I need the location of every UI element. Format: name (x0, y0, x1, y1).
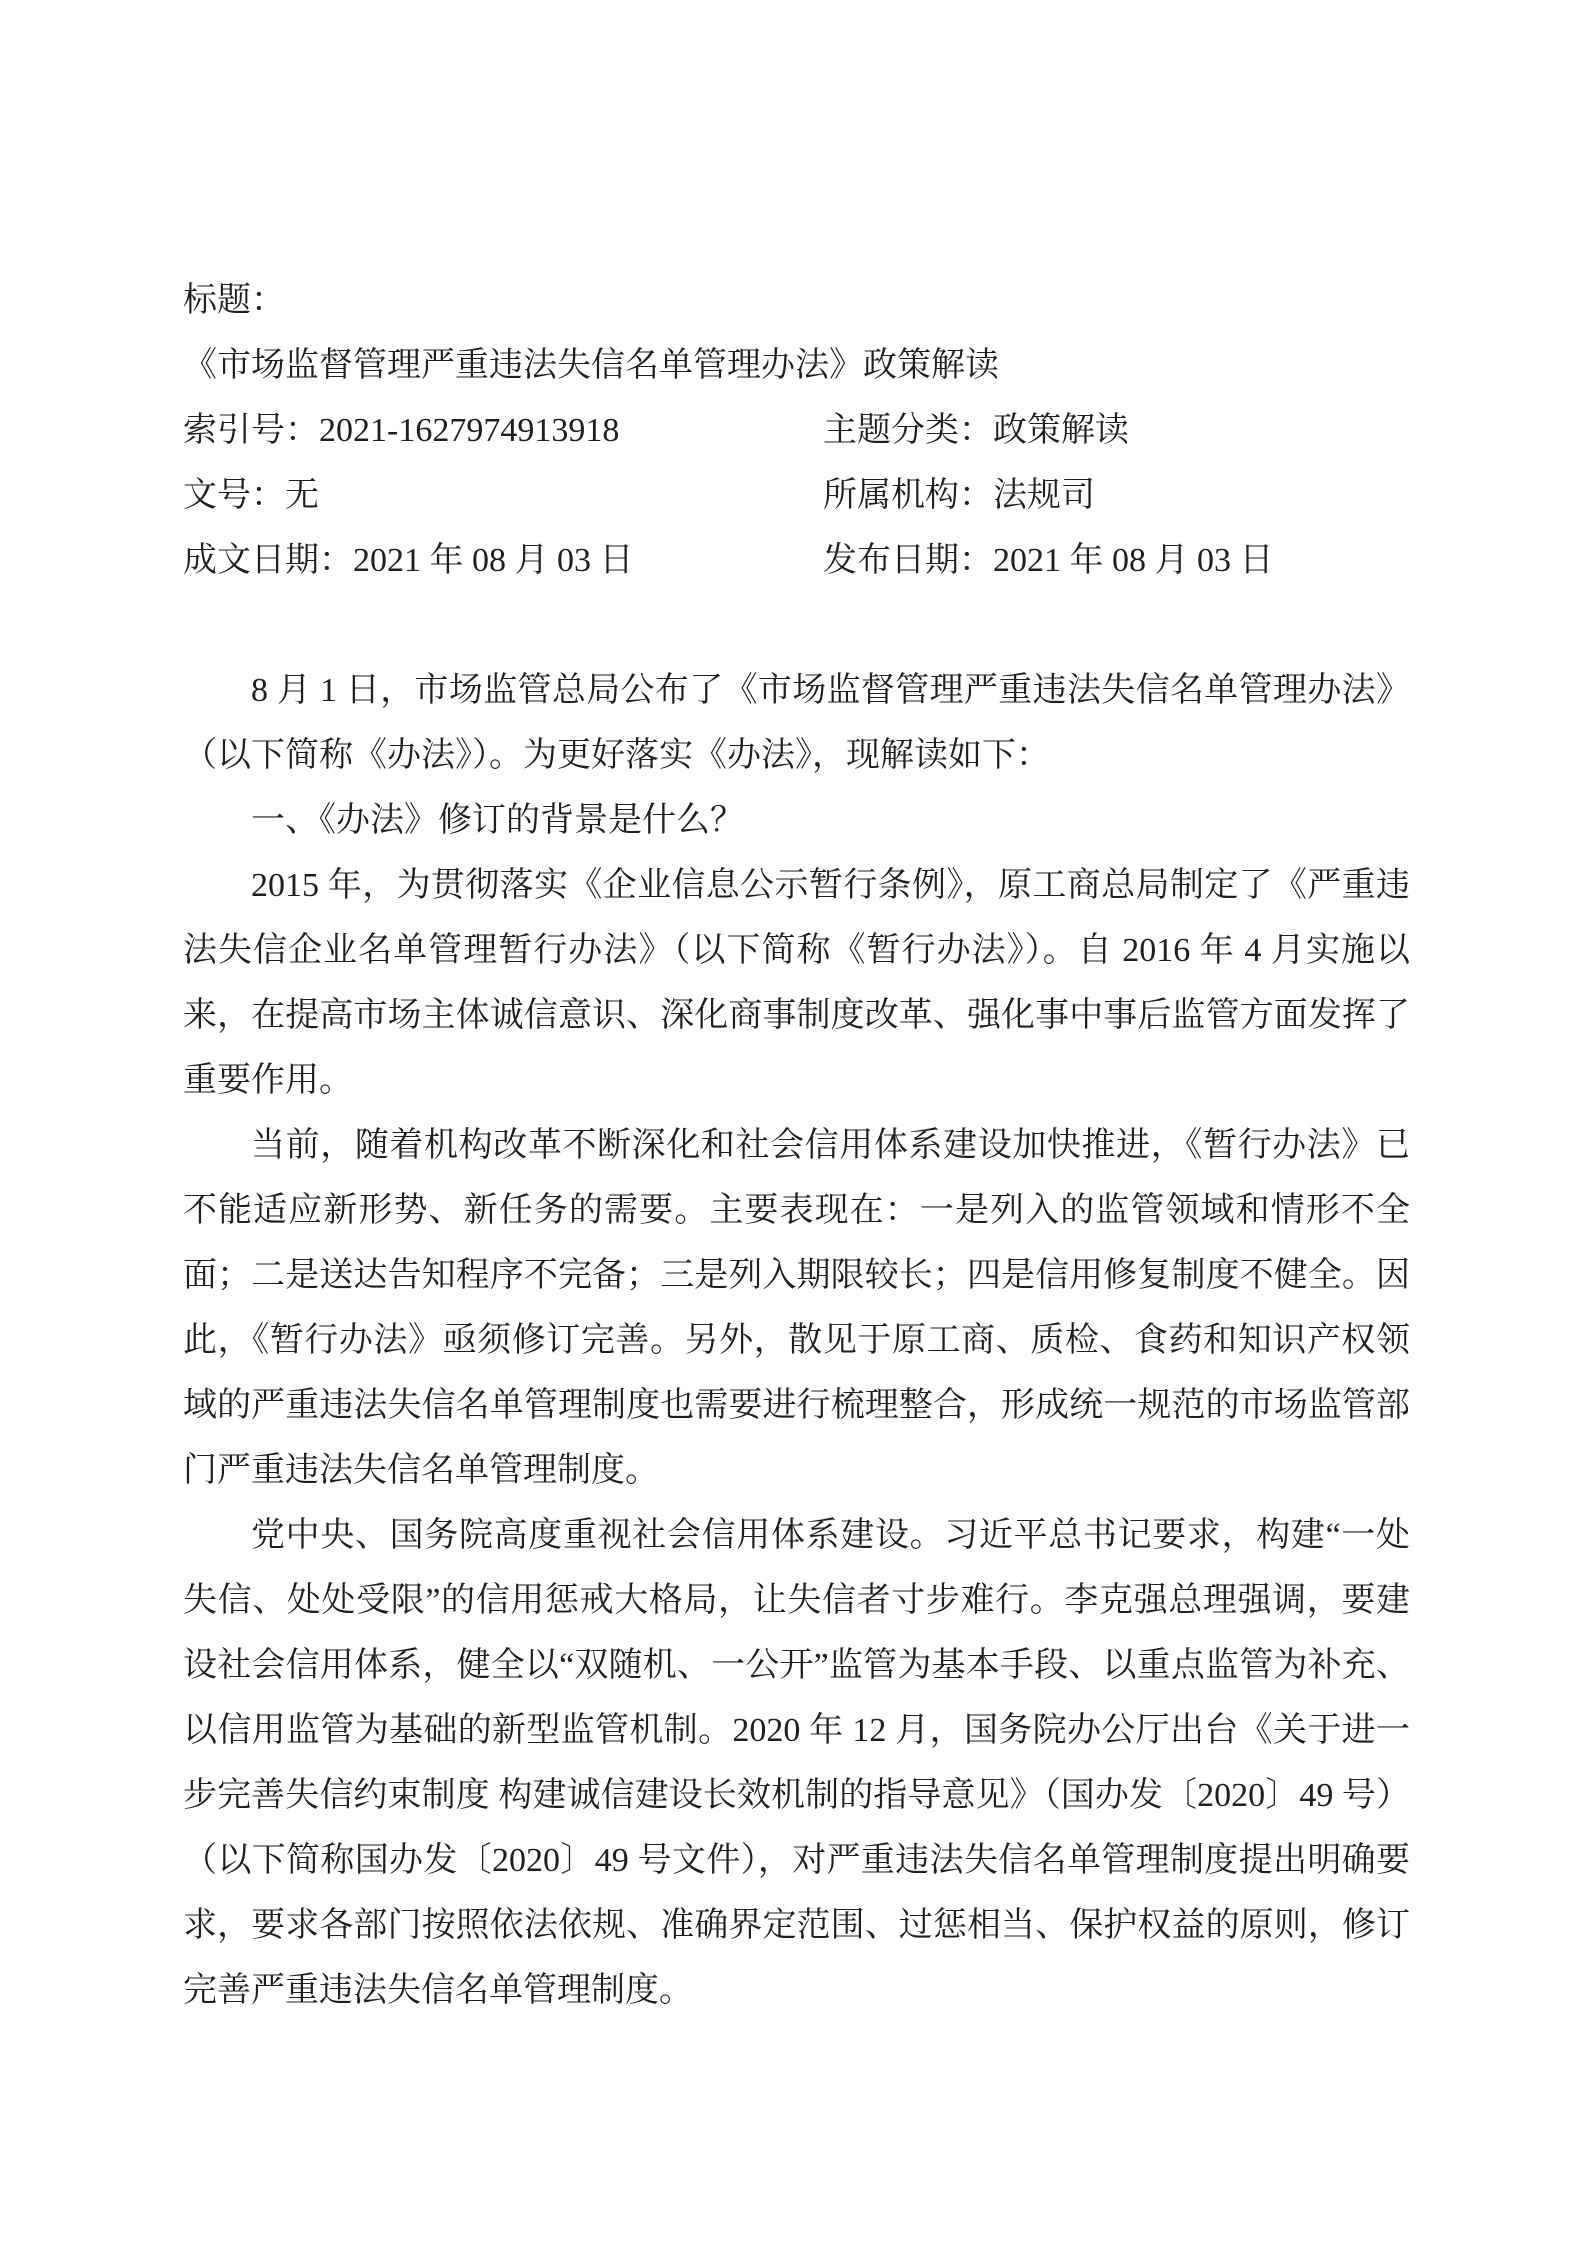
meta-issuing-agency-label: 所属机构： (823, 477, 993, 514)
meta-doc-number: 文号：无 (183, 463, 823, 528)
meta-index-number-value: 2021-1627974913918 (319, 412, 619, 449)
document-content: 标题： 《市场监督管理严重违法失信名单管理办法》政策解读 索引号：2021-16… (183, 268, 1410, 2023)
meta-written-date: 成文日期：2021 年 08 月 03 日 (183, 528, 823, 593)
meta-publish-date-label: 发布日期： (823, 542, 993, 579)
metadata-row-dates: 成文日期：2021 年 08 月 03 日 发布日期：2021 年 08 月 0… (183, 528, 1410, 593)
section-heading-1: 一、《办法》修订的背景是什么？ (183, 788, 1410, 853)
document-title: 《市场监督管理严重违法失信名单管理办法》政策解读 (183, 333, 1410, 398)
meta-index-number: 索引号：2021-1627974913918 (183, 398, 823, 463)
meta-publish-date-value: 2021 年 08 月 03 日 (993, 542, 1274, 579)
paragraph-central-government: 党中央、国务院高度重视社会信用体系建设。习近平总书记要求，构建“一处失信、处处受… (183, 1503, 1410, 2023)
metadata-row-index: 索引号：2021-1627974913918 主题分类：政策解读 (183, 398, 1410, 463)
paragraph-intro: 8 月 1 日，市场监管总局公布了《市场监督管理严重违法失信名单管理办法》（以下… (183, 658, 1410, 788)
meta-index-number-label: 索引号： (183, 412, 319, 449)
meta-issuing-agency-value: 法规司 (993, 477, 1095, 514)
meta-written-date-label: 成文日期： (183, 542, 353, 579)
title-label: 标题： (183, 268, 1410, 333)
meta-issuing-agency: 所属机构：法规司 (823, 463, 1410, 528)
body-text: 8 月 1 日，市场监管总局公布了《市场监督管理严重违法失信名单管理办法》（以下… (183, 658, 1410, 2023)
metadata-table: 索引号：2021-1627974913918 主题分类：政策解读 文号：无 所属… (183, 398, 1410, 593)
document-page: 标题： 《市场监督管理严重违法失信名单管理办法》政策解读 索引号：2021-16… (0, 0, 1587, 2245)
meta-topic-category-value: 政策解读 (993, 412, 1129, 449)
paragraph-background-2015: 2015 年，为贯彻落实《企业信息公示暂行条例》，原工商总局制定了《严重违法失信… (183, 853, 1410, 1113)
meta-topic-category: 主题分类：政策解读 (823, 398, 1410, 463)
paragraph-current-problems: 当前，随着机构改革不断深化和社会信用体系建设加快推进，《暂行办法》已不能适应新形… (183, 1113, 1410, 1503)
meta-topic-category-label: 主题分类： (823, 412, 993, 449)
meta-written-date-value: 2021 年 08 月 03 日 (353, 542, 634, 579)
meta-doc-number-value: 无 (285, 477, 319, 514)
metadata-row-docnumber: 文号：无 所属机构：法规司 (183, 463, 1410, 528)
meta-publish-date: 发布日期：2021 年 08 月 03 日 (823, 528, 1410, 593)
meta-doc-number-label: 文号： (183, 477, 285, 514)
